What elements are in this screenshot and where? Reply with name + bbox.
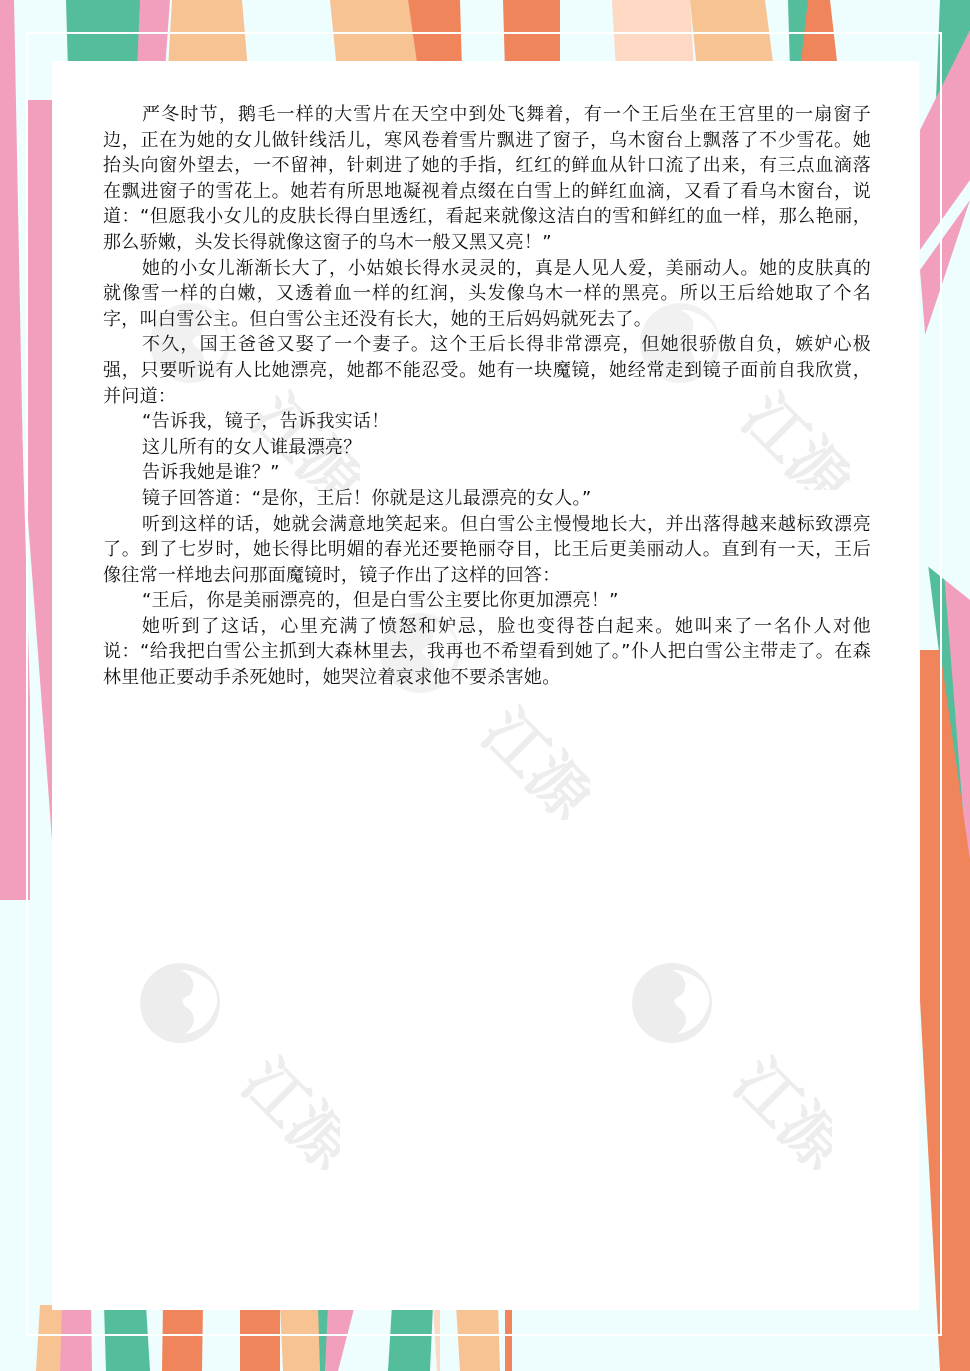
- paragraph: 她听到了这话，心里充满了愤怒和妒忌，脸也变得苍白起来。她叫来了一名仆人对他说：“…: [103, 614, 871, 691]
- verse-line: “告诉我，镜子，告诉我实话！: [103, 409, 871, 435]
- verse-line: 这儿所有的女人谁最漂亮？: [103, 435, 871, 461]
- paragraph: 她的小女儿渐渐长大了，小姑娘长得水灵灵的，真是人见人爱，美丽动人。她的皮肤真的就…: [103, 256, 871, 333]
- story-text: 严冬时节，鹅毛一样的大雪片在天空中到处飞舞着，有一个王后坐在王宫里的一扇窗子边，…: [103, 102, 871, 691]
- mirror-answer-line: “王后，你是美丽漂亮的，但是白雪公主要比你更加漂亮！”: [103, 588, 871, 614]
- verse-line: 告诉我她是谁？”: [103, 460, 871, 486]
- paragraph: 听到这样的话，她就会满意地笑起来。但白雪公主慢慢地长大，并出落得越来越标致漂亮了…: [103, 512, 871, 589]
- paragraph: 不久，国王爸爸又娶了一个妻子。这个王后长得非常漂亮，但她很骄傲自负，嫉妒心极强，…: [103, 332, 871, 409]
- paragraph: 严冬时节，鹅毛一样的大雪片在天空中到处飞舞着，有一个王后坐在王宫里的一扇窗子边，…: [103, 102, 871, 256]
- mirror-answer-line: 镜子回答道：“是你，王后！你就是这儿最漂亮的女人。”: [103, 486, 871, 512]
